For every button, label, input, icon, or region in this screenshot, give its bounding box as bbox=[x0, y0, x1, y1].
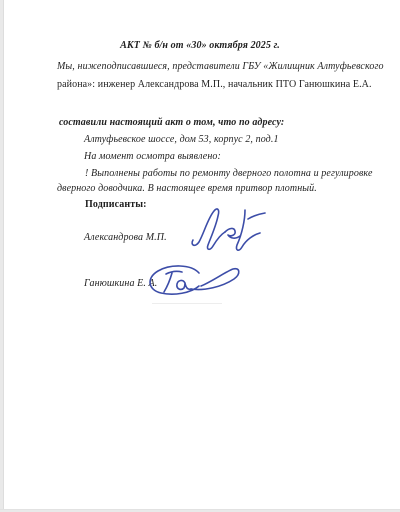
signer1-name: Александрова М.П. bbox=[84, 231, 167, 244]
statement-line: составили настоящий акт о том, что по ад… bbox=[59, 116, 284, 129]
signature1-handwritten-ink bbox=[186, 206, 270, 254]
page-left-edge bbox=[0, 0, 4, 512]
signers-heading: Подписанты: bbox=[85, 198, 147, 211]
inspection-heading: На момент осмотра выявлено: bbox=[84, 150, 221, 163]
intro-line-2: района»: инженер Александрова М.П., нача… bbox=[57, 78, 372, 91]
address-line: Алтуфьевское шоссе, дом 53, корпус 2, по… bbox=[84, 133, 279, 146]
intro-line-1: Мы, нижеподписавшиеся, представители ГБУ… bbox=[57, 60, 384, 73]
findings-line-1: ! Выполнены работы по ремонту дверного п… bbox=[85, 167, 372, 180]
signature2-handwritten-ink bbox=[144, 258, 248, 308]
findings-line-2: дверного доводчика. В настоящее время пр… bbox=[57, 182, 317, 195]
document-title: АКТ № б/н от «30» октября 2025 г. bbox=[0, 39, 400, 52]
document-page: АКТ № б/н от «30» октября 2025 г. Мы, ни… bbox=[0, 0, 400, 512]
signature2-scan-box-edge bbox=[152, 303, 222, 304]
